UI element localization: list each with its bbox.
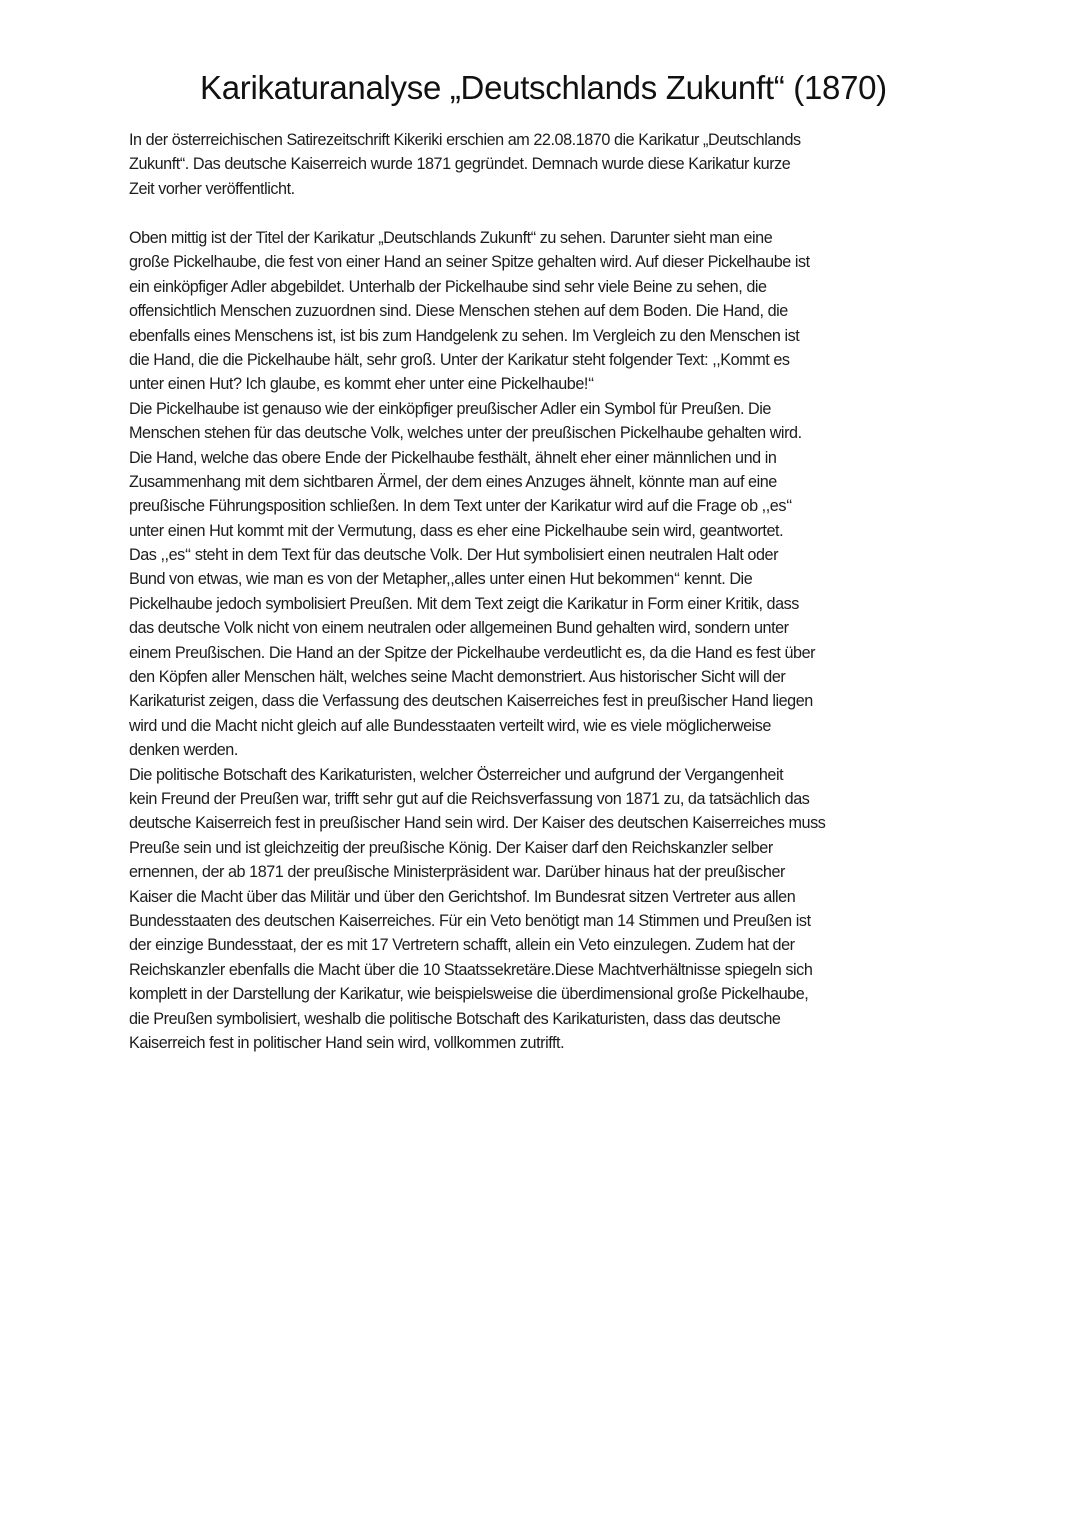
text-line: preußische Führungsposition schließen. I… [129,494,969,518]
document-title: Karikaturanalyse „Deutschlands Zukunft“ … [200,66,960,110]
analysis-body: Oben mittig ist der Titel der Karikatur … [129,226,969,1055]
text-line: Bund von etwas, wie man es von der Metap… [129,567,969,591]
text-line: Preuße sein und ist gleichzeitig der pre… [129,836,969,860]
text-line: In der österreichischen Satirezeitschrif… [129,128,969,152]
text-line: deutsche Kaiserreich fest in preußischer… [129,811,969,835]
text-line: ein einköpfiger Adler abgebildet. Unterh… [129,275,969,299]
text-line: den Köpfen aller Menschen hält, welches … [129,665,969,689]
text-line: Zeit vorher veröffentlicht. [129,177,969,201]
text-line: ebenfalls eines Menschens ist, ist bis z… [129,324,969,348]
text-line: denken werden. [129,738,969,762]
text-line: Bundesstaaten des deutschen Kaiserreiche… [129,909,969,933]
text-line: Menschen stehen für das deutsche Volk, w… [129,421,969,445]
text-line: Das ,,es‘‘ steht in dem Text für das deu… [129,543,969,567]
text-line: Kaiser die Macht über das Militär und üb… [129,885,969,909]
text-line: einem Preußischen. Die Hand an der Spitz… [129,641,969,665]
text-line: Pickelhaube jedoch symbolisiert Preußen.… [129,592,969,616]
intro-paragraph: In der österreichischen Satirezeitschrif… [129,128,969,201]
text-line: Zukunft“. Das deutsche Kaiserreich wurde… [129,152,969,176]
text-line: komplett in der Darstellung der Karikatu… [129,982,969,1006]
text-line: die Preußen symbolisiert, weshalb die po… [129,1007,969,1031]
text-line: Die Pickelhaube ist genauso wie der eink… [129,397,969,421]
text-line: Karikaturist zeigen, dass die Verfassung… [129,689,969,713]
text-line: Die Hand, welche das obere Ende der Pick… [129,446,969,470]
text-line: große Pickelhaube, die fest von einer Ha… [129,250,969,274]
text-line: unter einen Hut? Ich glaube, es kommt eh… [129,372,969,396]
text-line: Die politische Botschaft des Karikaturis… [129,763,969,787]
text-line: Reichskanzler ebenfalls die Macht über d… [129,958,969,982]
text-line: kein Freund der Preußen war, trifft sehr… [129,787,969,811]
text-line: der einzige Bundesstaat, der es mit 17 V… [129,933,969,957]
document-page: Karikaturanalyse „Deutschlands Zukunft“ … [0,0,1080,1527]
text-line: Kaiserreich fest in politischer Hand sei… [129,1031,969,1055]
text-line: unter einen Hut kommt mit der Vermutung,… [129,519,969,543]
text-line: ernennen, der ab 1871 der preußische Min… [129,860,969,884]
text-line: wird und die Macht nicht gleich auf alle… [129,714,969,738]
text-line: das deutsche Volk nicht von einem neutra… [129,616,969,640]
text-line: Zusammenhang mit dem sichtbaren Ärmel, d… [129,470,969,494]
text-line: die Hand, die die Pickelhaube hält, sehr… [129,348,969,372]
text-line: Oben mittig ist der Titel der Karikatur … [129,226,969,250]
text-line: offensichtlich Menschen zuzuordnen sind.… [129,299,969,323]
